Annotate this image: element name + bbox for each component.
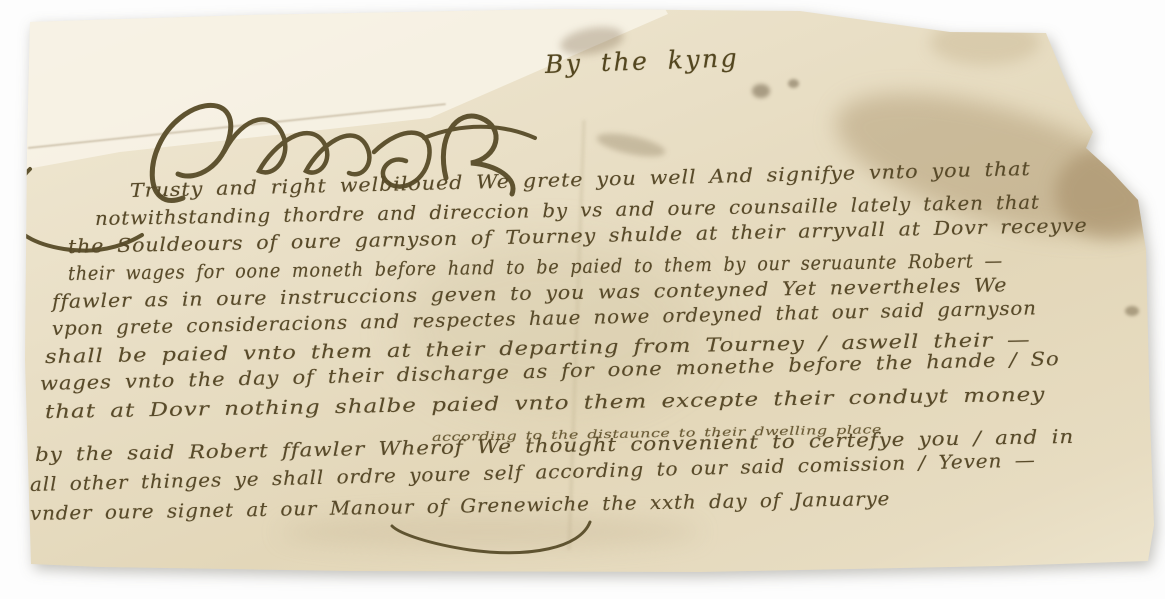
date-descender-flourish-icon: [390, 520, 610, 560]
paper-shadow: By the kyng Trusty and right welbiloued …: [0, 0, 1165, 599]
ink-speck-1: [752, 84, 770, 98]
smudge-mid: [595, 129, 667, 161]
heading-by-the-king: By the kyng: [544, 43, 739, 79]
edge-speck: [1125, 306, 1139, 316]
parchment-sheet: By the kyng Trusty and right welbiloued …: [0, 0, 1165, 599]
ink-speck-2: [788, 79, 799, 88]
manuscript-photo: By the kyng Trusty and right welbiloued …: [0, 0, 1165, 599]
stain-top-corner: [930, 20, 1040, 65]
